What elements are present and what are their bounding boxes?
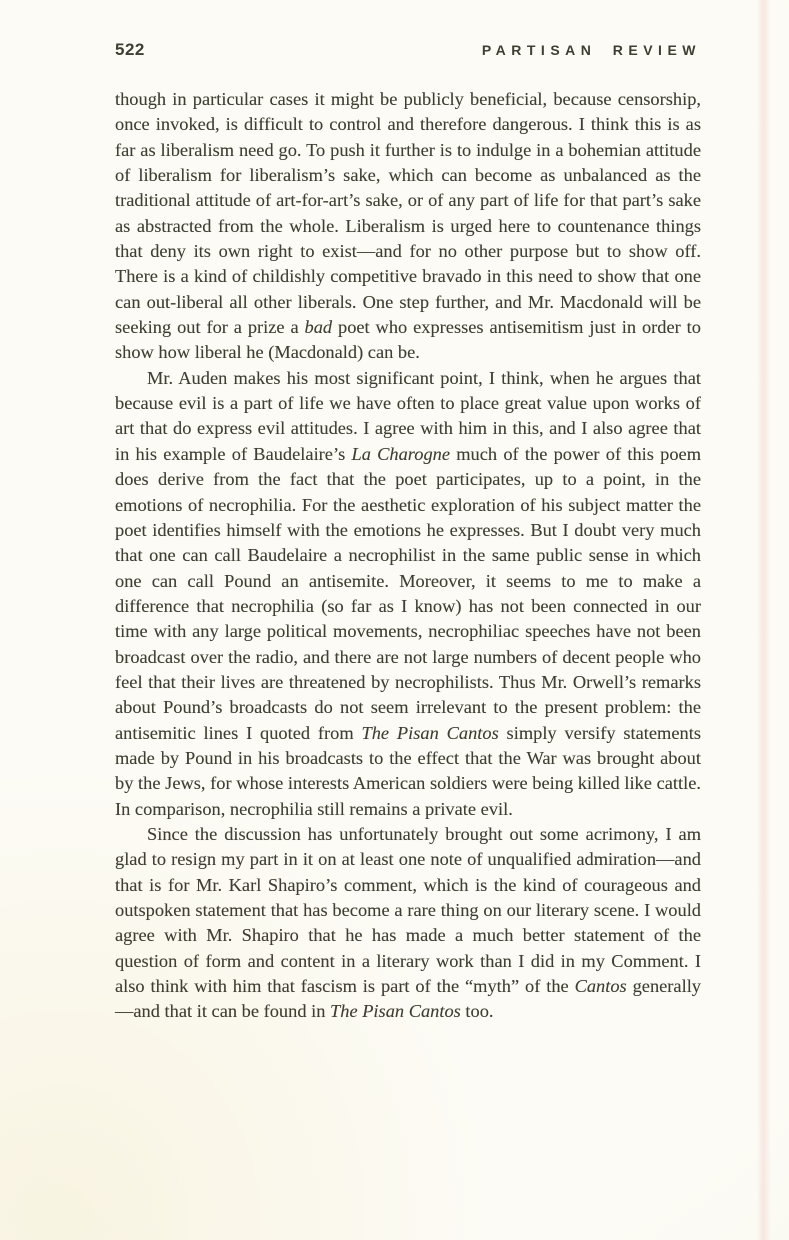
- page-number: 522: [115, 40, 145, 60]
- scan-edge-artifact: [757, 0, 771, 1240]
- italic-text-run: Cantos: [575, 976, 627, 996]
- text-run: too.: [461, 1001, 494, 1021]
- paragraph: though in particular cases it might be p…: [115, 87, 701, 366]
- paragraph: Since the discussion has unfortunately b…: [115, 822, 701, 1025]
- page-content: 522 PARTISAN REVIEW though in particular…: [115, 40, 701, 1025]
- text-run: much of the power of this poem does deri…: [115, 444, 701, 743]
- italic-text-run: The Pisan Cantos: [330, 1001, 461, 1021]
- italic-text-run: The Pisan Cantos: [361, 723, 498, 743]
- text-column: though in particular cases it might be p…: [115, 87, 701, 1025]
- italic-text-run: La Charogne: [351, 444, 450, 464]
- paragraph: Mr. Auden makes his most significant poi…: [115, 366, 701, 822]
- journal-title: PARTISAN REVIEW: [482, 42, 701, 58]
- text-run: Since the discussion has unfortunately b…: [115, 824, 701, 996]
- scanned-page: 522 PARTISAN REVIEW though in particular…: [0, 0, 789, 1240]
- text-run: though in particular cases it might be p…: [115, 89, 701, 337]
- page-header: 522 PARTISAN REVIEW: [115, 40, 701, 60]
- italic-text-run: bad: [305, 317, 333, 337]
